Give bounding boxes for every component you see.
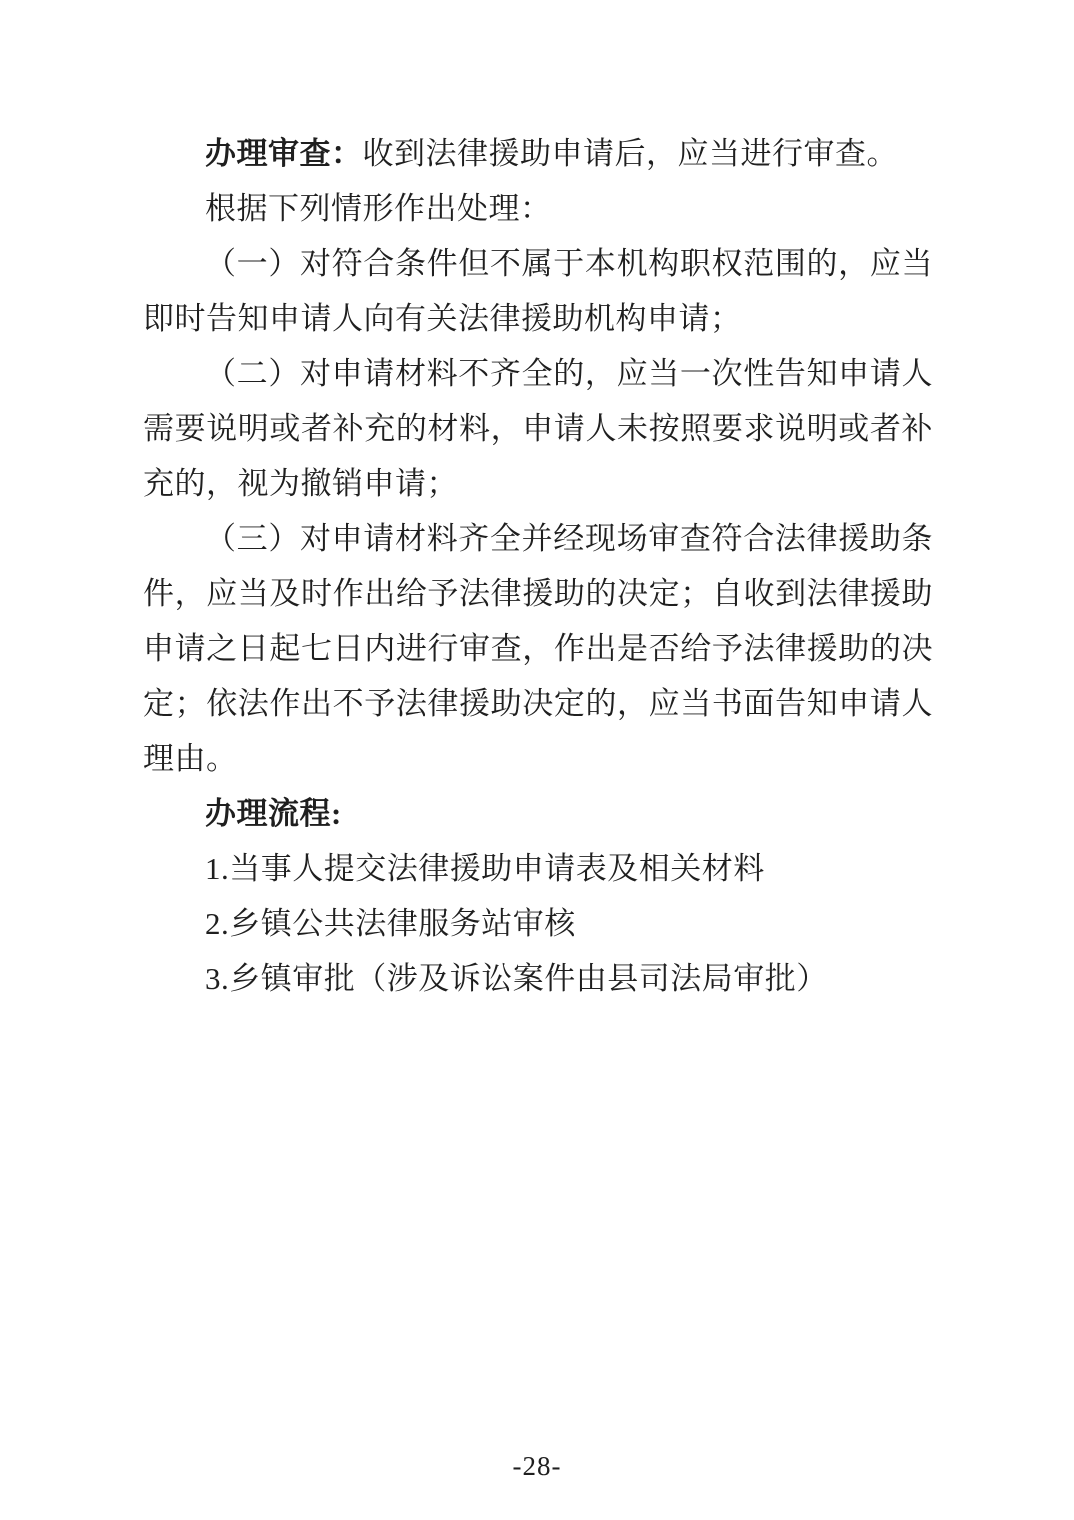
paragraph-step-2: 2.乡镇公共法律服务站审核 — [143, 896, 933, 951]
paragraph-review-heading: 办理审查：收到法律援助申请后，应当进行审查。 — [143, 126, 933, 181]
paragraph-step-1: 1.当事人提交法律援助申请表及相关材料 — [143, 841, 933, 896]
paragraph-text: 1.当事人提交法律援助申请表及相关材料 — [205, 851, 765, 886]
document-body: 办理审查：收到法律援助申请后，应当进行审查。 根据下列情形作出处理： （一）对符… — [143, 126, 933, 1006]
paragraph-lead: 办理审查： — [205, 136, 363, 171]
paragraph-text: （三）对申请材料齐全并经现场审查符合法律援助条件，应当及时作出给予法律援助的决定… — [143, 521, 933, 776]
paragraph-text: 2.乡镇公共法律服务站审核 — [205, 906, 576, 941]
paragraph-step-3: 3.乡镇审批（涉及诉讼案件由县司法局审批） — [143, 951, 933, 1006]
paragraph-text: （二）对申请材料不齐全的，应当一次性告知申请人需要说明或者补充的材料，申请人未按… — [143, 356, 933, 501]
paragraph-text: 收到法律援助申请后，应当进行审查。 — [363, 136, 899, 171]
paragraph-text: 3.乡镇审批（涉及诉讼案件由县司法局审批） — [205, 961, 828, 996]
paragraph-text: 根据下列情形作出处理： — [205, 191, 552, 226]
paragraph-handling-intro: 根据下列情形作出处理： — [143, 181, 933, 236]
paragraph-item-two: （二）对申请材料不齐全的，应当一次性告知申请人需要说明或者补充的材料，申请人未按… — [143, 346, 933, 511]
page-number: -28- — [0, 1446, 1074, 1486]
paragraph-process-heading: 办理流程: — [143, 786, 933, 841]
paragraph-item-one: （一）对符合条件但不属于本机构职权范围的，应当即时告知申请人向有关法律援助机构申… — [143, 236, 933, 346]
paragraph-text: （一）对符合条件但不属于本机构职权范围的，应当即时告知申请人向有关法律援助机构申… — [143, 246, 933, 336]
paragraph-item-three: （三）对申请材料齐全并经现场审查符合法律援助条件，应当及时作出给予法律援助的决定… — [143, 511, 933, 786]
document-page: 办理审查：收到法律援助申请后，应当进行审查。 根据下列情形作出处理： （一）对符… — [0, 0, 1074, 1520]
paragraph-lead: 办理流程: — [205, 796, 342, 831]
